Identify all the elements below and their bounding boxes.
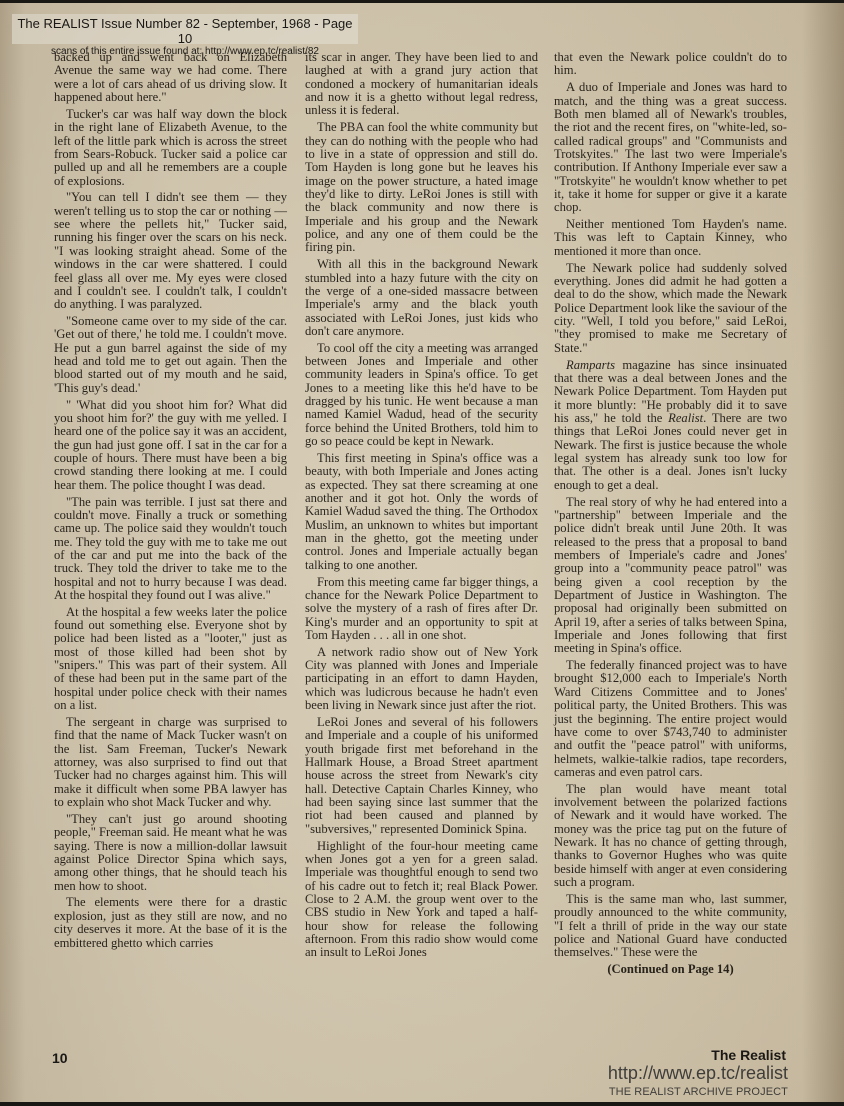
paragraph: "You can tell I didn't see them — they w… <box>54 191 287 311</box>
magazine-page: The REALIST Issue Number 82 - September,… <box>0 3 844 1102</box>
paragraph: "The pain was terrible. I just sat there… <box>54 496 287 603</box>
paragraph: Highlight of the four-hour meeting came … <box>305 840 538 960</box>
article-column-1: backed up and went back on Elizabeth Ave… <box>54 51 287 953</box>
paragraph: The federally financed project was to ha… <box>554 659 787 779</box>
paragraph: The plan would have meant total involvem… <box>554 783 787 890</box>
paragraph: A duo of Imperiale and Jones was hard to… <box>554 81 787 214</box>
archive-url[interactable]: http://www.ep.tc/realist <box>608 1063 788 1084</box>
paragraph: From this meeting came far bigger things… <box>305 576 538 643</box>
paragraph: The elements were there for a drastic ex… <box>54 896 287 949</box>
archive-project-label: THE REALIST ARCHIVE PROJECT <box>609 1086 788 1098</box>
archive-banner: The REALIST Issue Number 82 - September,… <box>12 14 358 44</box>
paragraph: A network radio show out of New York Cit… <box>305 646 538 713</box>
article-column-3: that even the Newark police couldn't do … <box>554 51 787 980</box>
masthead: The Realist <box>711 1047 786 1063</box>
paragraph: "Someone came over to my side of the car… <box>54 315 287 395</box>
paragraph: To cool off the city a meeting was arran… <box>305 342 538 449</box>
paragraph: The Newark police had suddenly solved ev… <box>554 262 787 355</box>
paragraph: that even the Newark police couldn't do … <box>554 51 787 78</box>
paragraph: Neither mentioned Tom Hayden's name. Thi… <box>554 218 787 258</box>
paragraph: This is the same man who, last summer, p… <box>554 893 787 960</box>
paragraph: its scar in anger. They have been lied t… <box>305 51 538 118</box>
continued-note: (Continued on Page 14) <box>554 963 787 976</box>
paragraph: " 'What did you shoot him for? What did … <box>54 399 287 492</box>
paragraph: "They can't just go around shooting peop… <box>54 813 287 893</box>
paragraph: LeRoi Jones and several of his followers… <box>305 716 538 836</box>
paragraph: The sergeant in charge was surprised to … <box>54 716 287 809</box>
paragraph: Ramparts magazine has since insinuated t… <box>554 359 787 492</box>
article-column-2: its scar in anger. They have been lied t… <box>305 51 538 963</box>
paragraph: Tucker's car was half way down the block… <box>54 108 287 188</box>
page-number: 10 <box>52 1050 68 1066</box>
paragraph: With all this in the background Newark s… <box>305 258 538 338</box>
paragraph: At the hospital a few weeks later the po… <box>54 606 287 713</box>
paragraph: The PBA can fool the white community but… <box>305 121 538 254</box>
paragraph: This first meeting in Spina's office was… <box>305 452 538 572</box>
banner-title: The REALIST Issue Number 82 - September,… <box>12 14 358 46</box>
paragraph: The real story of why he had entered int… <box>554 496 787 656</box>
paragraph: backed up and went back on Elizabeth Ave… <box>54 51 287 104</box>
